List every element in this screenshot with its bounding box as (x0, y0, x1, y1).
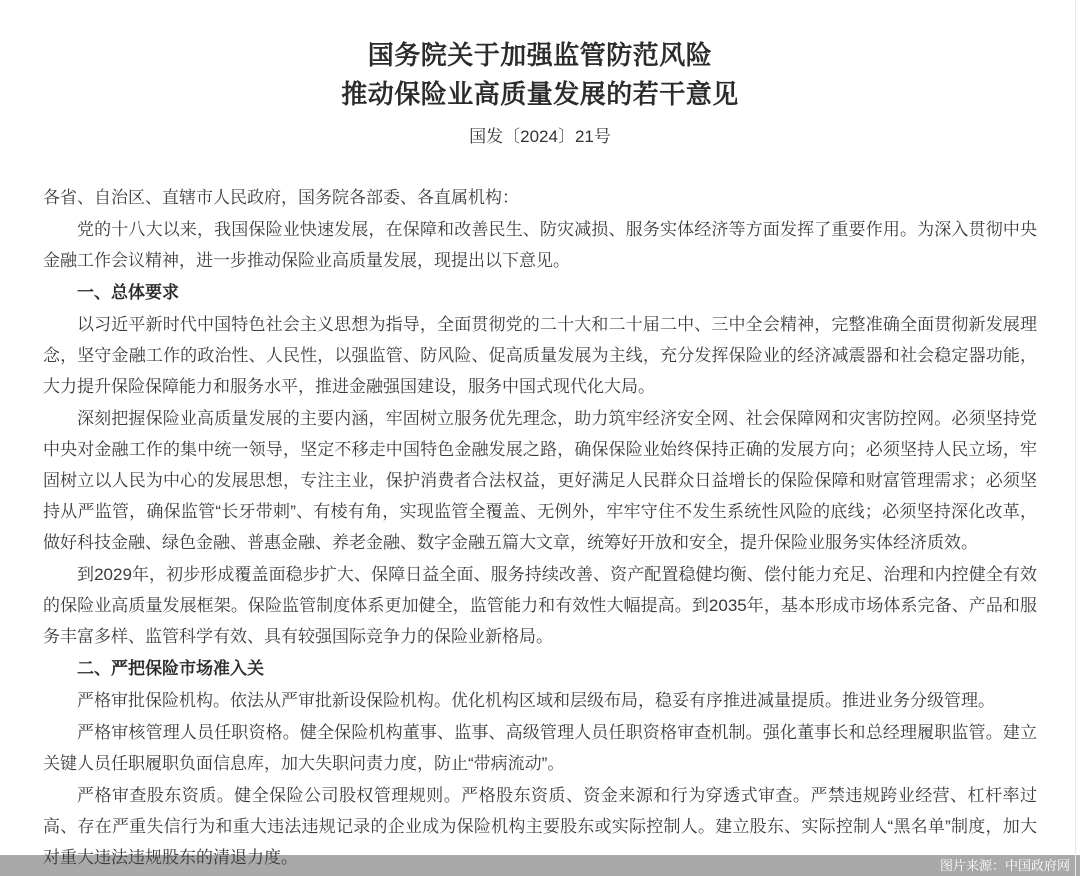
page-right-edge-divider (1075, 0, 1076, 876)
section-heading-1: 一、总体要求 (43, 277, 1037, 308)
document-content: 国务院关于加强监管防范风险 推动保险业高质量发展的若干意见 国发〔2024〕21… (0, 0, 1080, 873)
paragraph: 党的十八大以来，我国保险业快速发展，在保障和改善民生、防灾减损、服务实体经济等方… (43, 214, 1037, 276)
paragraph: 严格审核管理人员任职资格。健全保险机构董事、监事、高级管理人员任职资格审查机制。… (43, 717, 1037, 779)
document-page: 国务院关于加强监管防范风险 推动保险业高质量发展的若干意见 国发〔2024〕21… (0, 0, 1080, 876)
paragraph: 以习近平新时代中国特色社会主义思想为指导，全面贯彻党的二十大和二十届二中、三中全… (43, 309, 1037, 402)
section-heading-2: 二、严把保险市场准入关 (43, 653, 1037, 684)
paragraph: 严格审查股东资质。健全保险公司股权管理规则。严格股东资质、资金来源和行为穿透式审… (43, 780, 1037, 873)
document-title-line1: 国务院关于加强监管防范风险 (43, 36, 1037, 75)
document-number: 国发〔2024〕21号 (43, 122, 1037, 147)
image-source-label: 图片来源：中国政府网 (940, 857, 1070, 874)
document-title: 国务院关于加强监管防范风险 推动保险业高质量发展的若干意见 (43, 36, 1037, 114)
document-title-line2: 推动保险业高质量发展的若干意见 (43, 75, 1037, 114)
paragraph: 深刻把握保险业高质量发展的主要内涵，牢固树立服务优先理念，助力筑牢经济安全网、社… (43, 403, 1037, 558)
paragraph: 到2029年，初步形成覆盖面稳步扩大、保障日益全面、服务持续改善、资产配置稳健均… (43, 559, 1037, 652)
salutation-line: 各省、自治区、直辖市人民政府，国务院各部委、各直属机构： (43, 182, 1037, 213)
document-body: 各省、自治区、直辖市人民政府，国务院各部委、各直属机构： 党的十八大以来，我国保… (43, 182, 1037, 873)
paragraph: 严格审批保险机构。依法从严审批新设保险机构。优化机构区域和层级布局，稳妥有序推进… (43, 685, 1037, 716)
